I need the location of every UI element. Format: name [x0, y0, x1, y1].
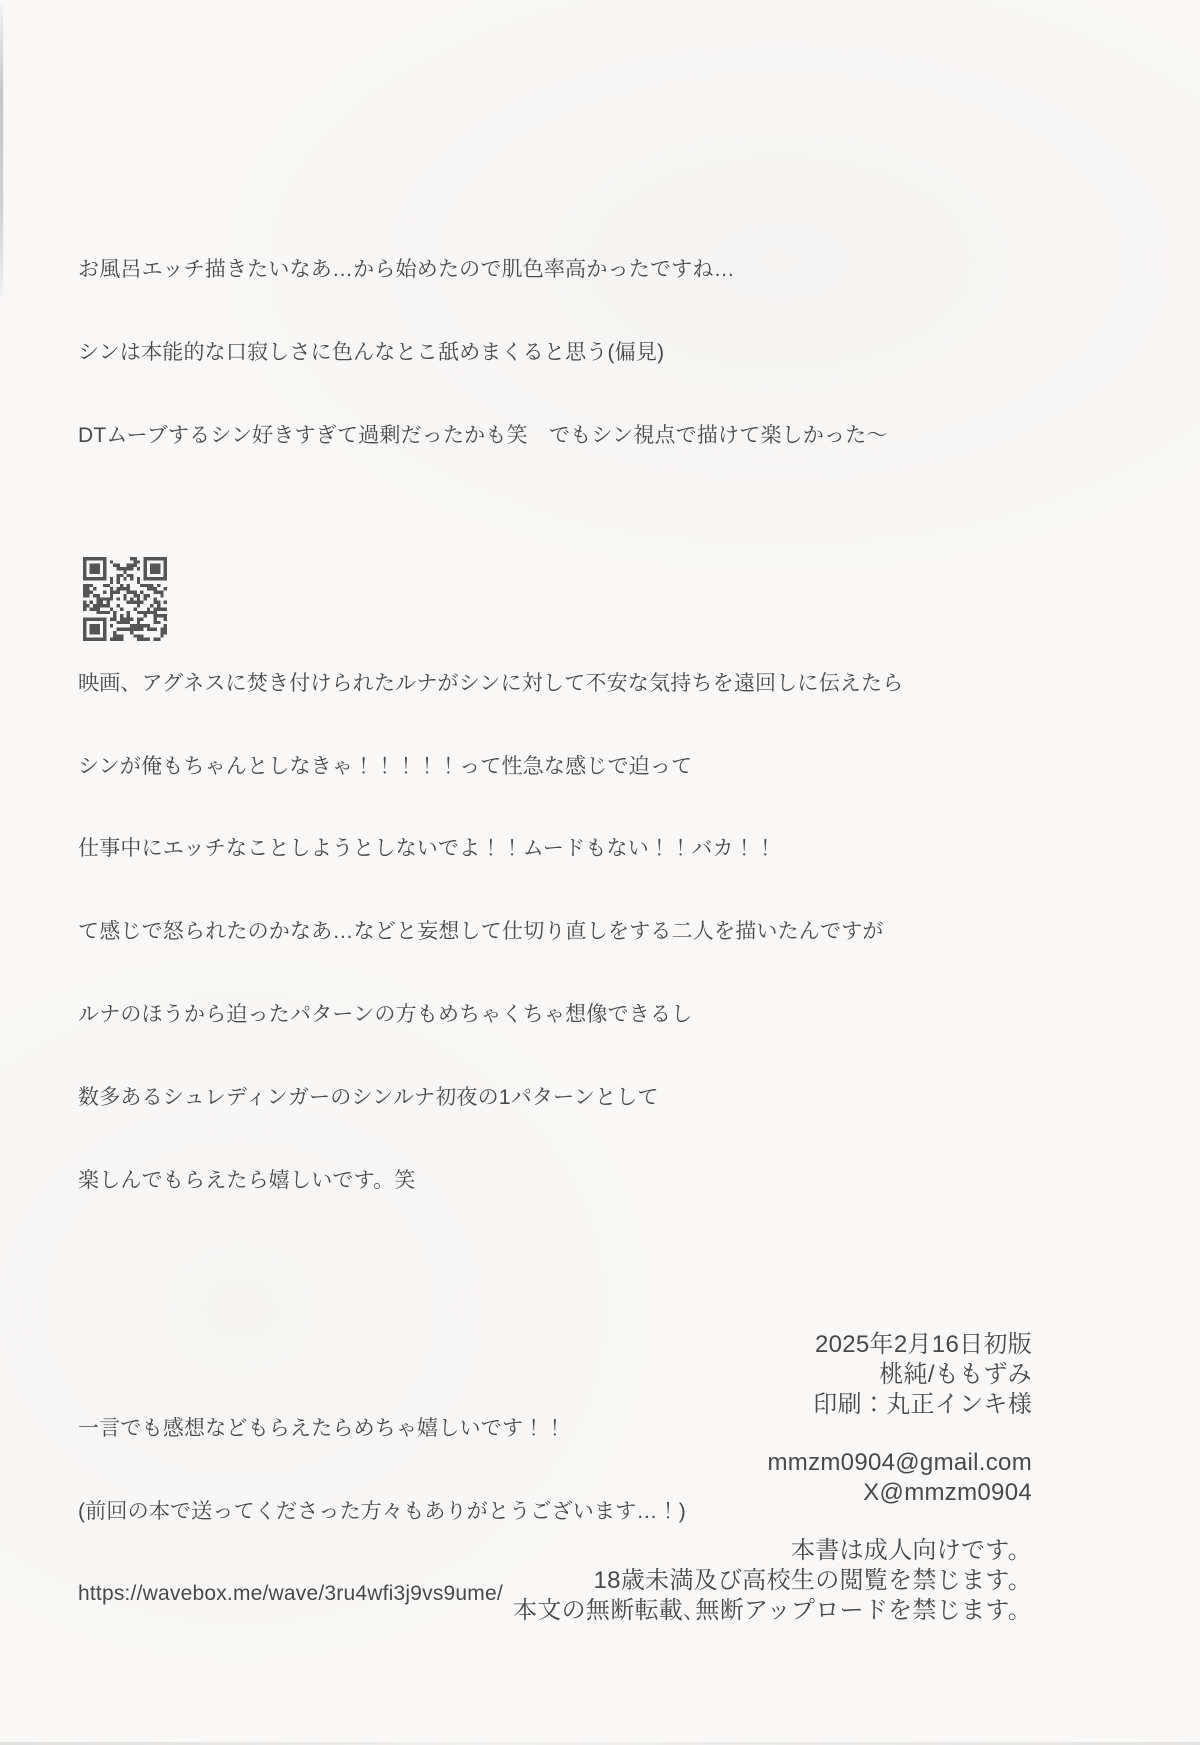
afterword-paragraph	[78, 587, 903, 642]
colophon-notices: 本書は成人向けです。 18歳未満及び高校生の閲覧を禁じます。 本文の無断転載､無…	[513, 1536, 1032, 1626]
notice-line: 本書は成人向けです。	[513, 1536, 1032, 1566]
x-handle: X@mmzm0904	[513, 1478, 1032, 1508]
colophon: 2025年2月16日初版 桃純/ももずみ 印刷：丸正インキ様 mmzm0904@…	[513, 1330, 1032, 1626]
afterword-line: 楽しんでもらえたら嬉しいです。笑	[78, 1167, 903, 1195]
contact-email: mmzm0904@gmail.com	[513, 1448, 1032, 1478]
scan-edge-shadow-left	[0, 6, 3, 296]
afterword-paragraph	[78, 173, 903, 228]
colophon-contact: mmzm0904@gmail.com X@mmzm0904	[513, 1448, 1032, 1508]
printer-credit: 印刷：丸正インキ様	[513, 1390, 1032, 1420]
afterword-line: お風呂エッチ描きたいなあ…から始めたので肌色率高かったですね…	[78, 256, 903, 284]
afterword-line: DTムーブするシン好きすぎて過剰だったかも笑 でもシン視点で描けて楽しかった〜	[78, 422, 903, 450]
author-credit: 桃純/ももずみ	[513, 1360, 1032, 1390]
edition-date: 2025年2月16日初版	[513, 1330, 1032, 1360]
colophon-publication: 2025年2月16日初版 桃純/ももずみ 印刷：丸正インキ様	[513, 1330, 1032, 1420]
afterword-line: 映画、アグネスに焚き付けられたルナがシンに対して不安な気持ちを遠回しに伝えたら	[78, 670, 903, 698]
scanned-afterword-page: お風呂エッチ描きたいなあ…から始めたので肌色率高かったですね… シンは本能的な口…	[0, 0, 1200, 1745]
afterword-line: て感じで怒られたのかなあ…などと妄想して仕切り直しをする二人を描いたんですが	[78, 918, 903, 946]
notice-line: 本文の無断転載､無断アップロードを禁じます。	[513, 1596, 1032, 1626]
afterword-line: シンは本能的な口寂しさに色んなとこ舐めまくると思う(偏見)	[78, 339, 903, 367]
afterword-line: 仕事中にエッチなことしようとしないでよ！！ムードもない！！バカ！！	[78, 835, 903, 863]
afterword-line: ルナのほうから迫ったパターンの方もめちゃくちゃ想像できるし	[78, 1001, 903, 1029]
afterword-line: 数多あるシュレディンガーのシンルナ初夜の1パターンとして	[78, 1084, 903, 1112]
notice-line: 18歳未満及び高校生の閲覧を禁じます。	[513, 1566, 1032, 1596]
wavebox-qr-code	[83, 556, 167, 642]
afterword-line: シンが俺もちゃんとしなきゃ！！！！！って性急な感じで迫って	[78, 753, 903, 781]
